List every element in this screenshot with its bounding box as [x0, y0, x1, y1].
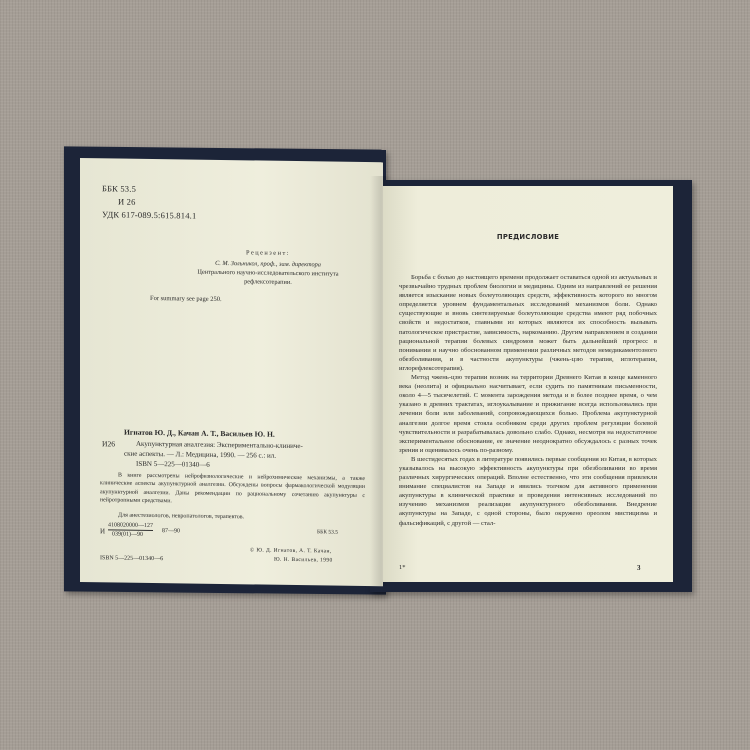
preface-paragraph: В шестидесятых годах в литературе появил…	[399, 455, 657, 528]
preface-text: Борьба с болью до настоящего времени про…	[399, 273, 657, 528]
catalog-isbn: ISBN 5—225—01340—6	[136, 461, 210, 469]
catalog-authors: Игнатов Ю. Д., Качан А. Т., Васильев Ю. …	[124, 429, 275, 439]
catalog-title-line: Акупунктурная аналгезия: Экспериментальн…	[136, 441, 303, 450]
copyright-line: © Ю. Д. Игнатов, А. Т. Качан,	[250, 548, 332, 555]
imprint-letter: И	[100, 528, 105, 535]
catalog-title-line: ские аспекты. — Л.: Медицина, 1990. — 25…	[124, 451, 276, 460]
imprint-bbk: ББК 53.5	[317, 530, 338, 536]
imprint-range: 87—90	[162, 528, 180, 534]
catalog-code: И26	[102, 440, 115, 448]
page-number: 3	[637, 565, 641, 572]
left-page: ББК 53.5 И 26 УДК 617-089.5:615.814.1 Ре…	[80, 158, 383, 586]
reviewer-label: Рецензент:	[168, 249, 368, 258]
page-heading: ПРЕДИСЛОВИЕ	[383, 234, 673, 241]
index-code: И 26	[118, 198, 136, 207]
catalog-abstract: В книге рассмотрены нейрофизиологические…	[100, 471, 365, 508]
imprint-numerator: 4108020000—127	[108, 522, 153, 531]
signature-mark: 1*	[399, 565, 406, 572]
reviewer-line: Центрального научно-исследовательского и…	[168, 269, 368, 278]
imprint-denominator: 039(01)—90	[112, 531, 143, 537]
summary-note: For summary see page 250.	[150, 296, 222, 304]
udk-code: УДК 617-089.5:615.814.1	[102, 210, 196, 220]
preface-paragraph: Борьба с болью до настоящего времени про…	[399, 273, 657, 373]
right-page: ПРЕДИСЛОВИЕ Борьба с болью до настоящего…	[383, 186, 673, 582]
catalog-audience: Для анестезиологов, невропатологов, тера…	[118, 513, 244, 521]
bbk-code: ББК 53.5	[102, 184, 136, 193]
reviewer-line: рефлексотерапии.	[168, 278, 368, 287]
copyright-line: Ю. Н. Васильев, 1990	[274, 558, 333, 564]
preface-paragraph: Метод чжень-цзю терапии возник на террит…	[399, 373, 657, 455]
isbn-bottom: ISBN 5—225—01340—6	[100, 555, 163, 562]
